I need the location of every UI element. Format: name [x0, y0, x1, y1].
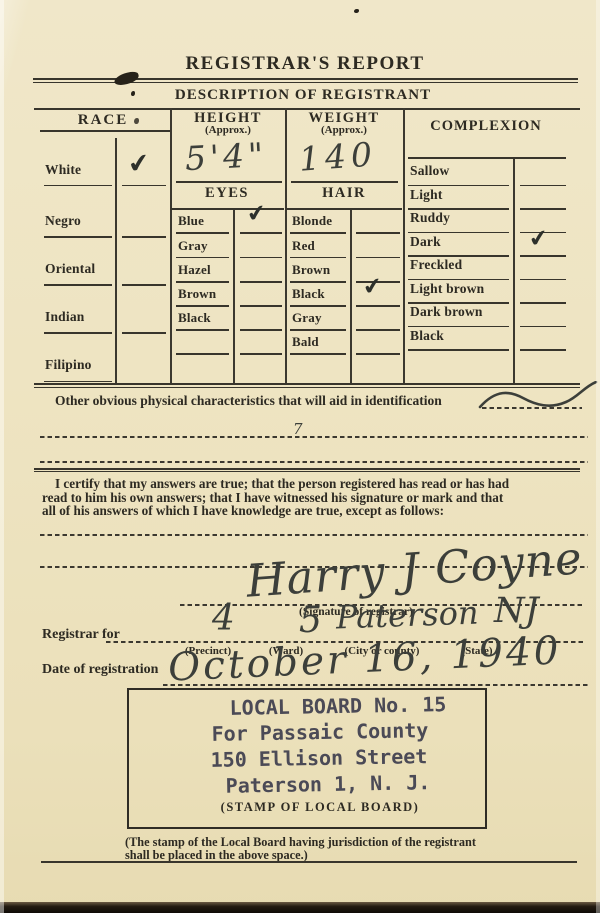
- check-cell-underline: [122, 236, 166, 238]
- ink-dot: [131, 91, 135, 96]
- cell-underline: [176, 257, 229, 259]
- ink-speck: [354, 9, 359, 13]
- ward-value: 5: [299, 602, 322, 640]
- hair-header-underline: [286, 208, 402, 210]
- check-cell-underline: [356, 353, 400, 355]
- complexion-option-label: Ruddy: [410, 211, 450, 225]
- complexion-checkmark: ✔: [527, 227, 549, 252]
- eyes-header: EYES: [205, 186, 249, 201]
- stamp-note-line: shall be placed in the above space.): [125, 849, 308, 862]
- stamp-text-line: 150 Ellison Street: [210, 744, 427, 772]
- height-value-underline: [176, 181, 282, 183]
- check-cell-underline: [520, 185, 566, 187]
- check-cell-underline: [240, 329, 282, 331]
- check-cell-underline: [520, 326, 566, 328]
- cell-underline: [44, 332, 112, 334]
- cell-underline: [176, 353, 229, 355]
- check-cell-underline: [520, 255, 566, 257]
- complexion-option-label: Freckled: [410, 258, 462, 272]
- cell-underline: [290, 232, 346, 234]
- divider-complexion-checkcol: [513, 157, 515, 385]
- certification-line: read to him his own answers; that I have…: [42, 491, 582, 505]
- check-cell-underline: [356, 329, 400, 331]
- blank-line: [40, 461, 588, 463]
- race-option-label: Oriental: [45, 262, 95, 276]
- hair-option-label: Bald: [292, 335, 319, 349]
- section-title: DESCRIPTION OF REGISTRANT: [175, 88, 431, 104]
- certification-line: all of his answers of which I have knowl…: [42, 504, 582, 518]
- cell-underline: [44, 381, 112, 383]
- certification-line: I certify that my answers are true; that…: [42, 477, 582, 491]
- check-cell-underline: [240, 353, 282, 355]
- cell-underline: [44, 185, 112, 187]
- stamp-text-line: For Passaic County: [211, 718, 428, 746]
- complexion-header: COMPLEXION: [430, 119, 542, 134]
- section-rule-top: [34, 468, 580, 470]
- height-value: 5'4": [184, 138, 268, 177]
- precinct-value: 4: [212, 600, 235, 638]
- complexion-option-label: Light: [410, 188, 443, 202]
- check-cell-underline: [240, 232, 282, 234]
- complexion-option-label: Dark brown: [410, 305, 483, 319]
- check-cell-underline: [240, 305, 282, 307]
- complexion-top-rule: [408, 157, 566, 159]
- hair-header: HAIR: [322, 186, 366, 201]
- eyes-header-underline: [171, 208, 284, 210]
- cell-underline: [176, 281, 229, 283]
- check-cell-underline: [122, 332, 166, 334]
- cell-underline: [176, 329, 229, 331]
- scan-right-edge: [596, 0, 600, 913]
- cell-underline: [290, 329, 346, 331]
- bottom-rule: [41, 861, 577, 863]
- check-cell-underline: [122, 284, 166, 286]
- complexion-option-label: Sallow: [410, 164, 449, 178]
- page-title: REGISTRAR'S REPORT: [185, 54, 424, 74]
- handwritten-flourish: [478, 381, 600, 413]
- cell-underline: [290, 305, 346, 307]
- divider-race-checkcol: [115, 138, 117, 385]
- cell-underline: [408, 279, 509, 281]
- ink-smudge: [113, 70, 140, 87]
- hair-option-label: Brown: [292, 263, 330, 277]
- eyes-option-label: Black: [178, 311, 211, 325]
- divider-hair-checkcol: [350, 208, 352, 385]
- eyes-checkmark: ✔: [245, 202, 267, 227]
- height-approx: (Approx.): [205, 125, 251, 137]
- ink-speck: [134, 118, 139, 124]
- hair-option-label: Black: [292, 287, 325, 301]
- eyes-option-label: Gray: [178, 239, 208, 253]
- cell-underline: [44, 284, 112, 286]
- divider-eyes-checkcol: [233, 208, 235, 385]
- eyes-option-label: Brown: [178, 287, 216, 301]
- city-value: Paterson: [335, 597, 479, 636]
- check-cell-underline: [240, 257, 282, 259]
- cell-underline: [44, 236, 112, 238]
- complexion-option-label: Black: [410, 329, 444, 343]
- check-cell-underline: [356, 257, 400, 259]
- race-option-label: Negro: [45, 214, 81, 228]
- race-option-label: White: [45, 163, 81, 177]
- check-cell-underline: [520, 302, 566, 304]
- other-characteristics-label: Other obvious physical characteristics t…: [55, 394, 442, 408]
- stamp-caption: (STAMP OF LOCAL BOARD): [221, 801, 420, 814]
- hair-option-label: Blonde: [292, 214, 332, 228]
- weight-value: 140: [298, 137, 378, 177]
- race-header-underline: [40, 130, 170, 132]
- complexion-option-label: Light brown: [410, 282, 484, 296]
- race-header: RACE: [78, 113, 129, 129]
- registration-date-line: [163, 684, 590, 686]
- cell-underline: [290, 353, 346, 355]
- cell-underline: [176, 305, 229, 307]
- section-rule-bottom: [34, 471, 580, 472]
- registration-date-label: Date of registration: [42, 663, 158, 678]
- check-cell-underline: [122, 185, 166, 187]
- divider-weight-complexion: [403, 108, 405, 385]
- race-option-label: Indian: [45, 310, 84, 324]
- check-cell-underline: [520, 279, 566, 281]
- check-cell-underline: [240, 281, 282, 283]
- cell-underline: [408, 326, 509, 328]
- eyes-option-label: Blue: [178, 214, 204, 228]
- weight-value-underline: [291, 181, 398, 183]
- race-checkmark: ✔: [126, 150, 151, 179]
- cell-underline: [408, 185, 509, 187]
- hair-option-label: Gray: [292, 311, 322, 325]
- divider-race-height: [170, 108, 172, 385]
- hair-option-label: Red: [292, 239, 315, 253]
- scan-bottom-edge: [0, 902, 600, 913]
- state-value: NJ: [494, 593, 539, 630]
- blank-line: [40, 436, 588, 438]
- cell-underline: [290, 281, 346, 283]
- hair-checkmark: ✔: [361, 275, 383, 300]
- scan-left-edge: [0, 0, 4, 913]
- check-cell-underline: [356, 305, 400, 307]
- race-option-label: Filipino: [45, 358, 92, 372]
- table-top-rule: [34, 108, 580, 110]
- stamp-text-line: LOCAL BOARD No. 15: [229, 692, 446, 720]
- check-cell-underline: [520, 208, 566, 210]
- stamp-text-line: Paterson 1, N. J.: [225, 770, 430, 798]
- check-cell-underline: [520, 349, 566, 351]
- complexion-option-label: Dark: [410, 235, 441, 249]
- check-cell-underline: [356, 232, 400, 234]
- cell-underline: [176, 232, 229, 234]
- eyes-option-label: Hazel: [178, 263, 211, 277]
- stray-pen-mark: 7: [293, 422, 303, 438]
- registrar-report-form: REGISTRAR'S REPORT DESCRIPTION OF REGIST…: [0, 0, 600, 913]
- cell-underline: [290, 257, 346, 259]
- divider-height-weight: [285, 108, 287, 385]
- stamp-note-line: (The stamp of the Local Board having jur…: [125, 836, 476, 849]
- cell-underline: [408, 232, 509, 234]
- cell-underline: [408, 349, 509, 351]
- certification-text: I certify that my answers are true; that…: [42, 477, 582, 518]
